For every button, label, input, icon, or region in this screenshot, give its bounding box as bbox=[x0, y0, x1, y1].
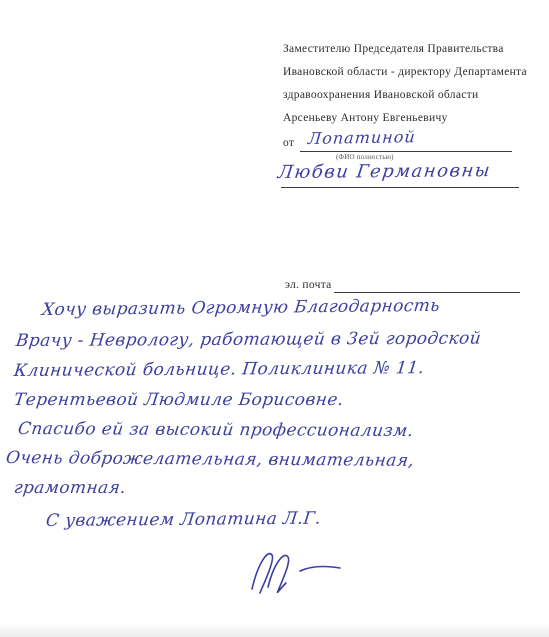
signature-icon bbox=[238, 545, 368, 600]
recipient-line-4: Арсеньеву Антону Евгеньевичу bbox=[283, 112, 448, 124]
from-label: от bbox=[283, 137, 294, 149]
from-patronymic-handwritten: Любви Германовны bbox=[277, 160, 493, 183]
signoff-line: С уважением Лопатина Л.Г. bbox=[45, 509, 322, 531]
body-line-7: грамотная. bbox=[13, 478, 128, 498]
recipient-line-3: здравоохранения Ивановской области bbox=[283, 89, 478, 101]
scanned-letter-page: Заместителю Председателя Правительства И… bbox=[0, 0, 549, 637]
body-line-3: Клинической больнице. Поликлиника № 11. bbox=[13, 358, 426, 381]
body-line-2: Врачу - Неврологу, работающей в 3ей горо… bbox=[15, 329, 482, 351]
recipient-line-2: Ивановской области - директору Департаме… bbox=[283, 66, 527, 78]
body-line-6: Очень доброжелательная, внимательная, bbox=[5, 448, 416, 471]
body-line-1: Хочу выразить Огромную Благодарность bbox=[41, 296, 441, 320]
email-underline bbox=[334, 291, 520, 293]
body-line-5: Спасибо ей за высокий профессионализм. bbox=[17, 419, 415, 441]
from-underline-2 bbox=[281, 186, 519, 188]
body-line-4: Терентьевой Людмиле Борисовне. bbox=[13, 390, 345, 410]
from-name-handwritten: Лопатиной bbox=[307, 127, 416, 148]
fio-hint: (ФИО полностью) bbox=[336, 153, 394, 161]
email-label: эл. почта bbox=[285, 279, 332, 291]
recipient-line-1: Заместителю Председателя Правительства bbox=[283, 43, 504, 55]
from-underline bbox=[300, 150, 512, 152]
